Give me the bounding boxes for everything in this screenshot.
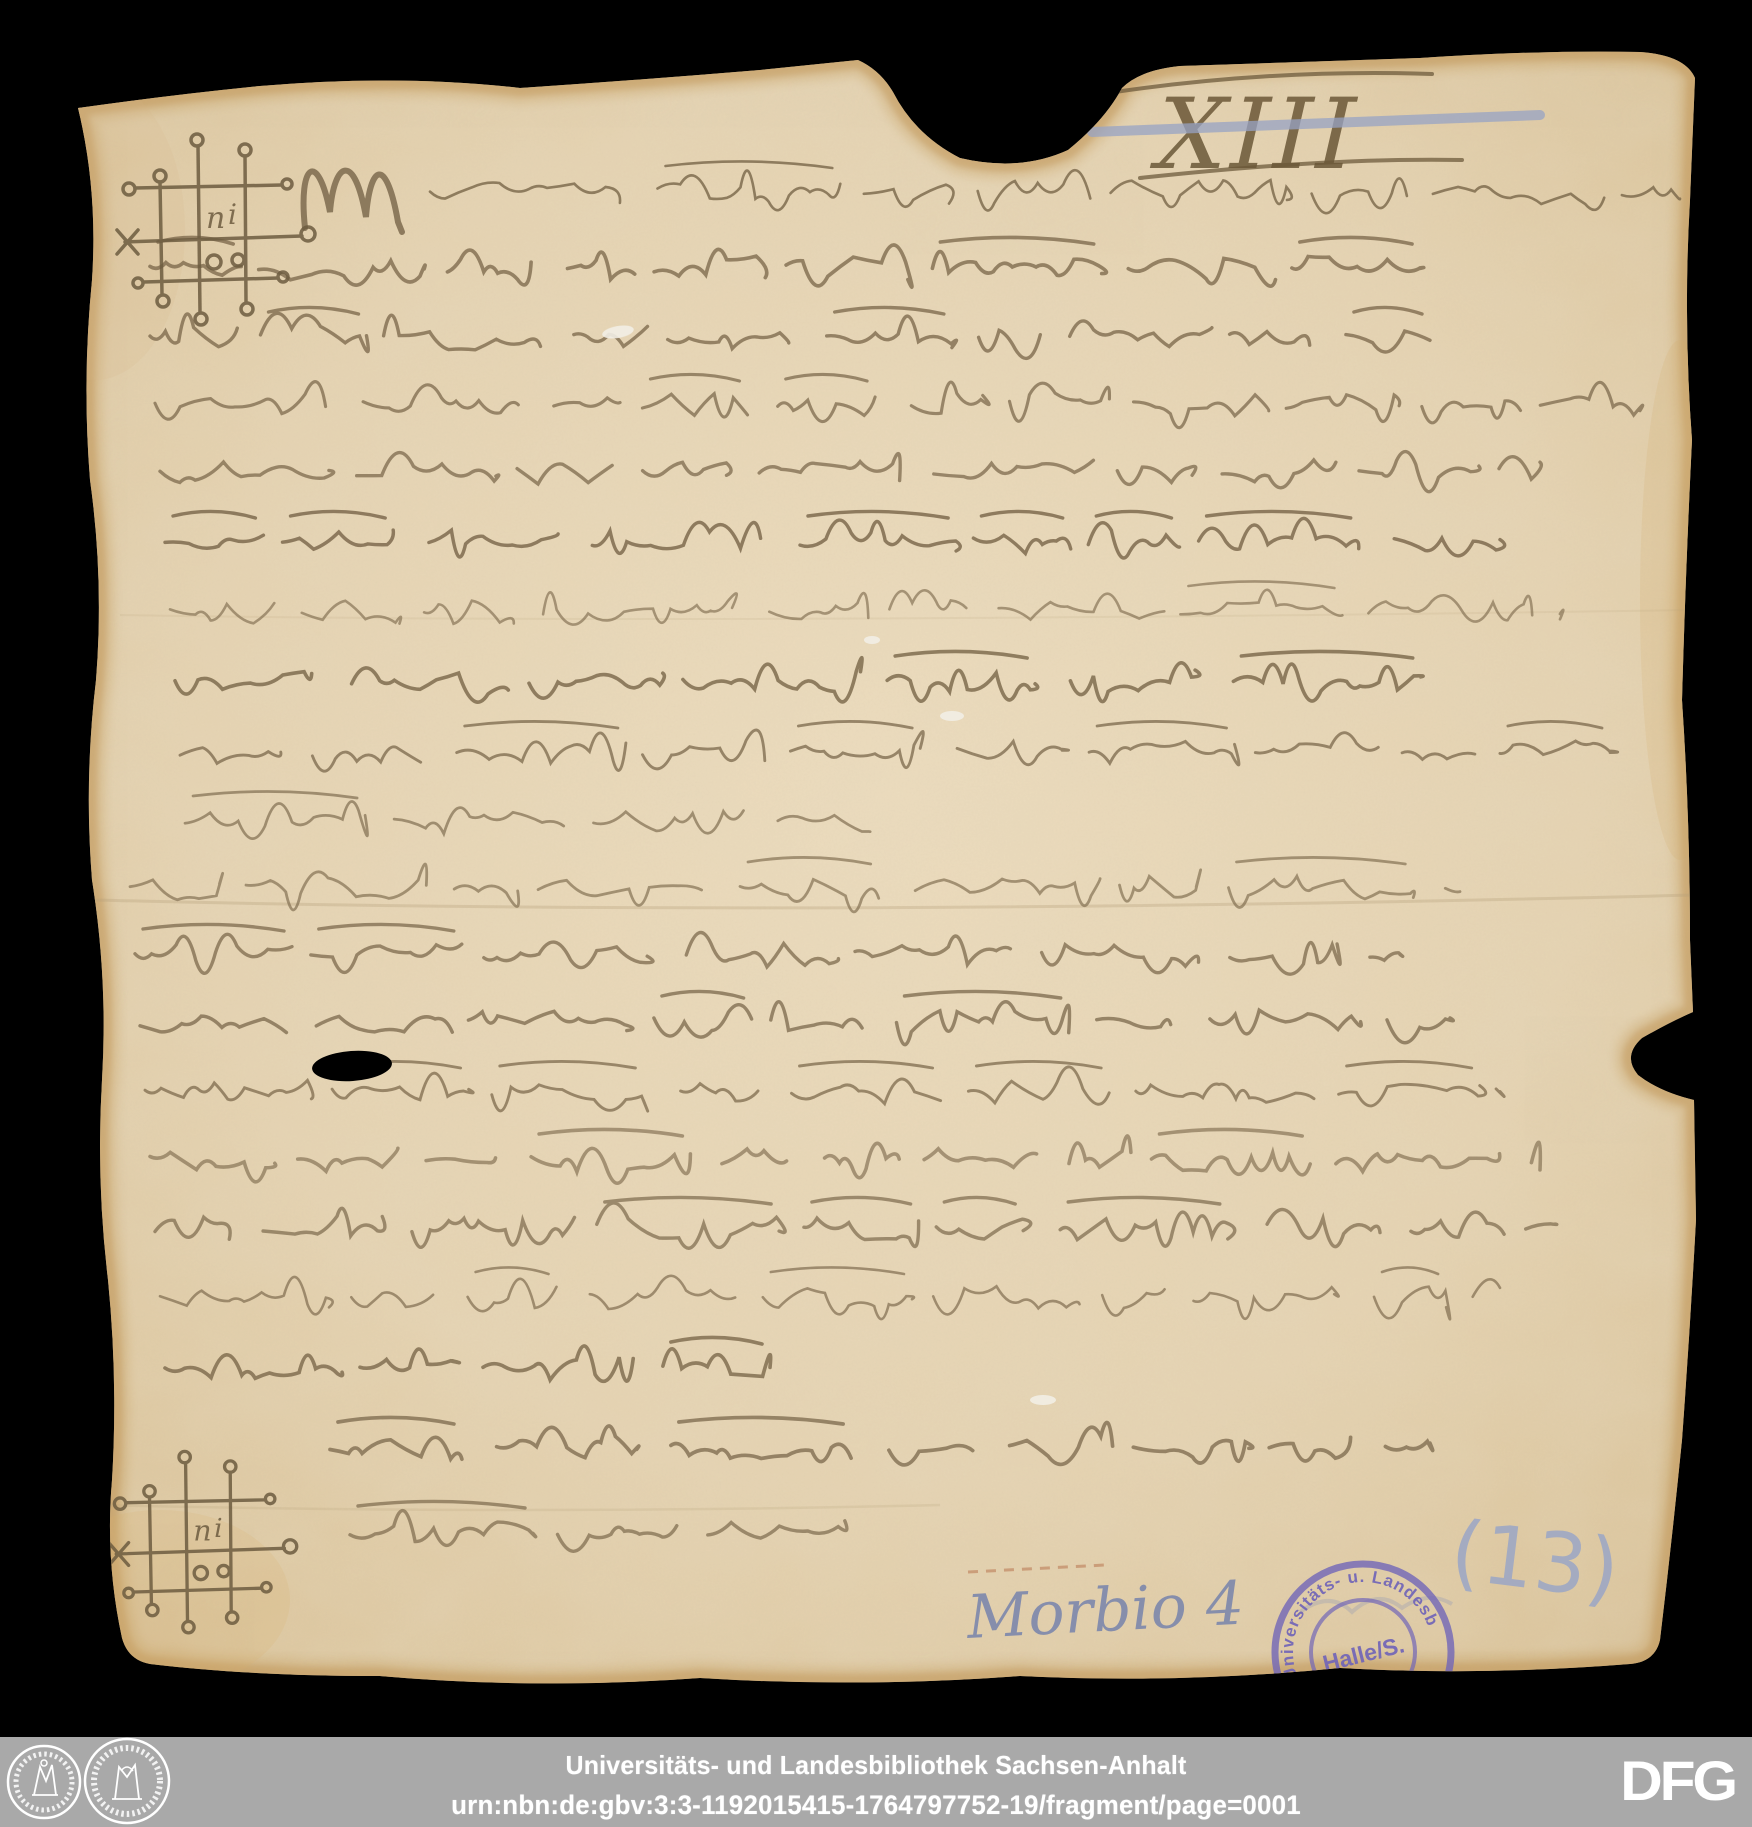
- archival-number-text: XIII: [1144, 78, 1372, 191]
- footer-text: Universitäts- und Landesbibliothek Sachs…: [0, 1737, 1752, 1827]
- svg-text:n: n: [193, 1515, 211, 1548]
- institution-name: Universitäts- und Landesbibliothek Sachs…: [35, 1750, 1717, 1781]
- urn-identifier: urn:nbn:de:gbv:3:3-1192015415-1764797752…: [35, 1790, 1717, 1821]
- svg-text:i: i: [214, 1513, 223, 1544]
- footer-bar: Universitäts- und Landesbibliothek Sachs…: [0, 1737, 1752, 1827]
- manuscript-scan: n i n i: [0, 0, 1752, 1737]
- parchment-grain: [60, 40, 1710, 1710]
- svg-text:i: i: [228, 198, 237, 231]
- pencil-note: Morbio 4: [964, 1569, 1246, 1653]
- scan-viewer-page: n i n i: [0, 0, 1752, 1827]
- svg-text:n: n: [206, 201, 225, 236]
- parchment-image: n i n i: [0, 0, 1752, 1737]
- dfg-logo: DFG: [1620, 1748, 1735, 1813]
